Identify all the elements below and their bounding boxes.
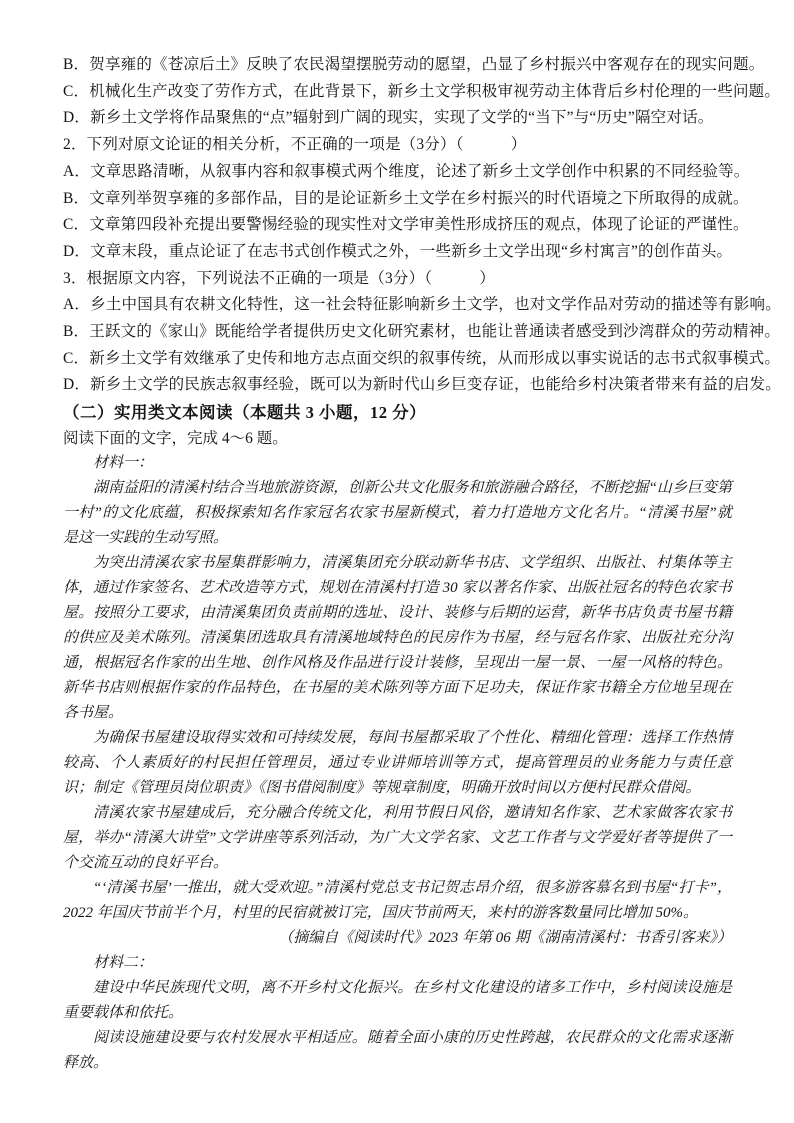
option-line-3c: C．新乡土文学有效继承了史传和地方志点面交织的叙事传统，从而形成以事实说话的志书… [63,346,732,373]
material-one: 材料一： 湖南益阳的清溪村结合当地旅游资源，创新公共文化服务和旅游融合路径，不断… [63,451,732,951]
option-line-2a: A．文章思路清晰，从叙事内容和叙事模式两个维度，论述了新乡土文学创作中积累的不同… [63,159,732,186]
material-one-citation: （摘编自《阅读时代》2023 年第 06 期《湖南清溪村：书香引客来》） [63,926,732,951]
reading-instruction: 阅读下面的文字，完成 4～6 题。 [63,426,732,451]
option-line-3b: B．王跃文的《家山》既能给学者提供历史文化研究素材，也能让普通读者感受到沙湾群众… [63,319,732,346]
material-two-paragraph: 阅读设施建设要与农村发展水平相适应。随着全面小康的历史性跨越，农民群众的文化需求… [63,1026,732,1076]
material-one-paragraph: 为突出清溪农家书屋集群影响力，清溪集团充分联动新华书店、文学组织、出版社、村集体… [63,551,732,726]
material-one-paragraph: “‘清溪书屋’一推出，就大受欢迎。”清溪村党总支书记贺志昂介绍，很多游客慕名到书… [63,876,732,926]
option-line-1c: C．机械化生产改变了劳作方式，在此背景下，新乡土文学积极审视劳动主体背后乡村伦理… [63,79,732,106]
question-block: B．贺享雍的《苍凉后土》反映了农民渴望摆脱劳动的愿望，凸显了乡村振兴中客观存在的… [63,52,732,399]
option-line-3a: A．乡土中国具有农耕文化特性，这一社会特征影响新乡土文学，也对文学作品对劳动的描… [63,292,732,319]
option-line-2d: D．文章末段，重点论证了在志书式创作模式之外，一些新乡土文学出现“乡村寓言”的创… [63,239,732,266]
option-line-1b: B．贺享雍的《苍凉后土》反映了农民渴望摆脱劳动的愿望，凸显了乡村振兴中客观存在的… [63,52,732,79]
material-one-paragraph: 为确保书屋建设取得实效和可持续发展，每间书屋都采取了个性化、精细化管理：选择工作… [63,726,732,801]
material-one-label: 材料一： [63,451,732,476]
question-2-stem: 2．下列对原文论证的相关分析，不正确的一项是（3分）（ ） [63,132,732,159]
page-content: B．贺享雍的《苍凉后土》反映了农民渴望摆脱劳动的愿望，凸显了乡村振兴中客观存在的… [63,52,732,1076]
material-two-paragraph: 建设中华民族现代文明，离不开乡村文化振兴。在乡村文化建设的诸多工作中，乡村阅读设… [63,976,732,1026]
material-one-paragraph: 湖南益阳的清溪村结合当地旅游资源，创新公共文化服务和旅游融合路径，不断挖掘“山乡… [63,476,732,551]
option-line-1d: D．新乡土文学将作品聚焦的“点”辐射到广阔的现实，实现了文学的“当下”与“历史”… [63,105,732,132]
exam-paper-page: B．贺享雍的《苍凉后土》反映了农民渴望摆脱劳动的愿望，凸显了乡村振兴中客观存在的… [0,0,794,1123]
material-two-label: 材料二： [63,951,732,976]
option-line-2b: B．文章列举贺享雍的多部作品，目的是论证新乡土文学在乡村振兴的时代语境之下所取得… [63,186,732,213]
material-two: 材料二： 建设中华民族现代文明，离不开乡村文化振兴。在乡村文化建设的诸多工作中，… [63,951,732,1076]
option-line-2c: C．文章第四段补充提出要警惕经验的现实性对文学审美性形成挤压的观点，体现了论证的… [63,212,732,239]
option-line-3d: D．新乡土文学的民族志叙事经验，既可以为新时代山乡巨变存证，也能给乡村决策者带来… [63,372,732,399]
section-header: （二）实用类文本阅读（本题共 3 小题，12 分） [63,399,732,426]
material-one-paragraph: 清溪农家书屋建成后，充分融合传统文化，利用节假日风俗，邀请知名作家、艺术家做客农… [63,801,732,876]
question-3-stem: 3．根据原文内容，下列说法不正确的一项是（3分）（ ） [63,266,732,293]
